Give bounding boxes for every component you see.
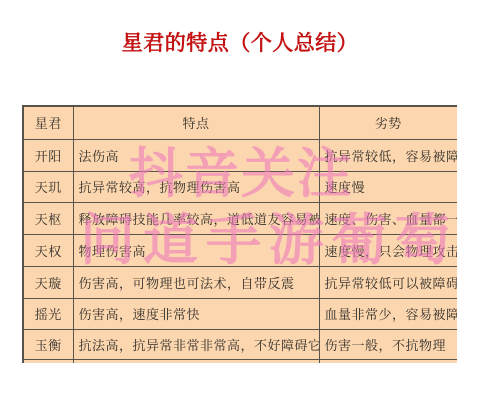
star-name-cell: 天枢 <box>23 202 73 234</box>
traits-cell: 抗异常较高，抗物理伤害高 <box>73 171 319 202</box>
table-row: 天权 物理伤害高 速度慢，只会物理攻击 <box>23 234 457 266</box>
table-row: 摇光 伤害高，速度非常快 血量非常少，容易被障碍 <box>23 298 457 329</box>
traits-cell <box>73 359 319 363</box>
traits-cell: 释放障碍技能几率较高，道低道友容易被障碍 <box>73 202 319 234</box>
star-name-cell <box>23 359 73 363</box>
star-name-cell: 天璇 <box>23 266 73 298</box>
weakness-cell: 抗异常较低可以被障碍 <box>319 266 457 298</box>
table-row: 天玑 抗异常较高，抗物理伤害高 速度慢 <box>23 171 457 202</box>
table-row: 玉衡 抗法高，抗异常非常非常高，不好障碍它 伤害一般，不抗物理 <box>23 329 457 359</box>
header-traits: 特点 <box>73 106 319 139</box>
weakness-cell <box>319 359 457 363</box>
star-name-cell: 天权 <box>23 234 73 266</box>
traits-cell: 法伤高 <box>73 139 319 171</box>
table-row: 天璇 伤害高，可物理也可法术，自带反震 抗异常较低可以被障碍 <box>23 266 457 298</box>
star-table-grid: 星君 特点 劣势 开阳 法伤高 抗异常较低，容易被障碍 天玑 抗异常较高，抗物理… <box>22 105 457 363</box>
table-row: 天枢 释放障碍技能几率较高，道低道友容易被障碍 速度、伤害、血量都一般 <box>23 202 457 234</box>
weakness-cell: 抗异常较低，容易被障碍 <box>319 139 457 171</box>
weakness-cell: 速度慢 <box>319 171 457 202</box>
star-name-cell: 天玑 <box>23 171 73 202</box>
traits-cell: 物理伤害高 <box>73 234 319 266</box>
traits-cell: 伤害高，可物理也可法术，自带反震 <box>73 266 319 298</box>
table-row-partial <box>23 359 457 363</box>
table-row: 开阳 法伤高 抗异常较低，容易被障碍 <box>23 139 457 171</box>
table-header-row: 星君 特点 劣势 <box>23 106 457 139</box>
star-table: 星君 特点 劣势 开阳 法伤高 抗异常较低，容易被障碍 天玑 抗异常较高，抗物理… <box>22 105 457 363</box>
weakness-cell: 血量非常少，容易被障碍 <box>319 298 457 329</box>
traits-cell: 抗法高，抗异常非常非常高，不好障碍它 <box>73 329 319 359</box>
page-title: 星君的特点（个人总结） <box>0 27 480 57</box>
star-name-cell: 摇光 <box>23 298 73 329</box>
star-name-cell: 开阳 <box>23 139 73 171</box>
weakness-cell: 速度、伤害、血量都一般 <box>319 202 457 234</box>
header-star-name: 星君 <box>23 106 73 139</box>
weakness-cell: 伤害一般，不抗物理 <box>319 329 457 359</box>
star-name-cell: 玉衡 <box>23 329 73 359</box>
weakness-cell: 速度慢，只会物理攻击 <box>319 234 457 266</box>
traits-cell: 伤害高，速度非常快 <box>73 298 319 329</box>
header-weakness: 劣势 <box>319 106 457 139</box>
screenshot-canvas: 星君的特点（个人总结） 星君 特点 劣势 开阳 法伤高 抗异常较低，容易被障碍 … <box>0 0 480 416</box>
